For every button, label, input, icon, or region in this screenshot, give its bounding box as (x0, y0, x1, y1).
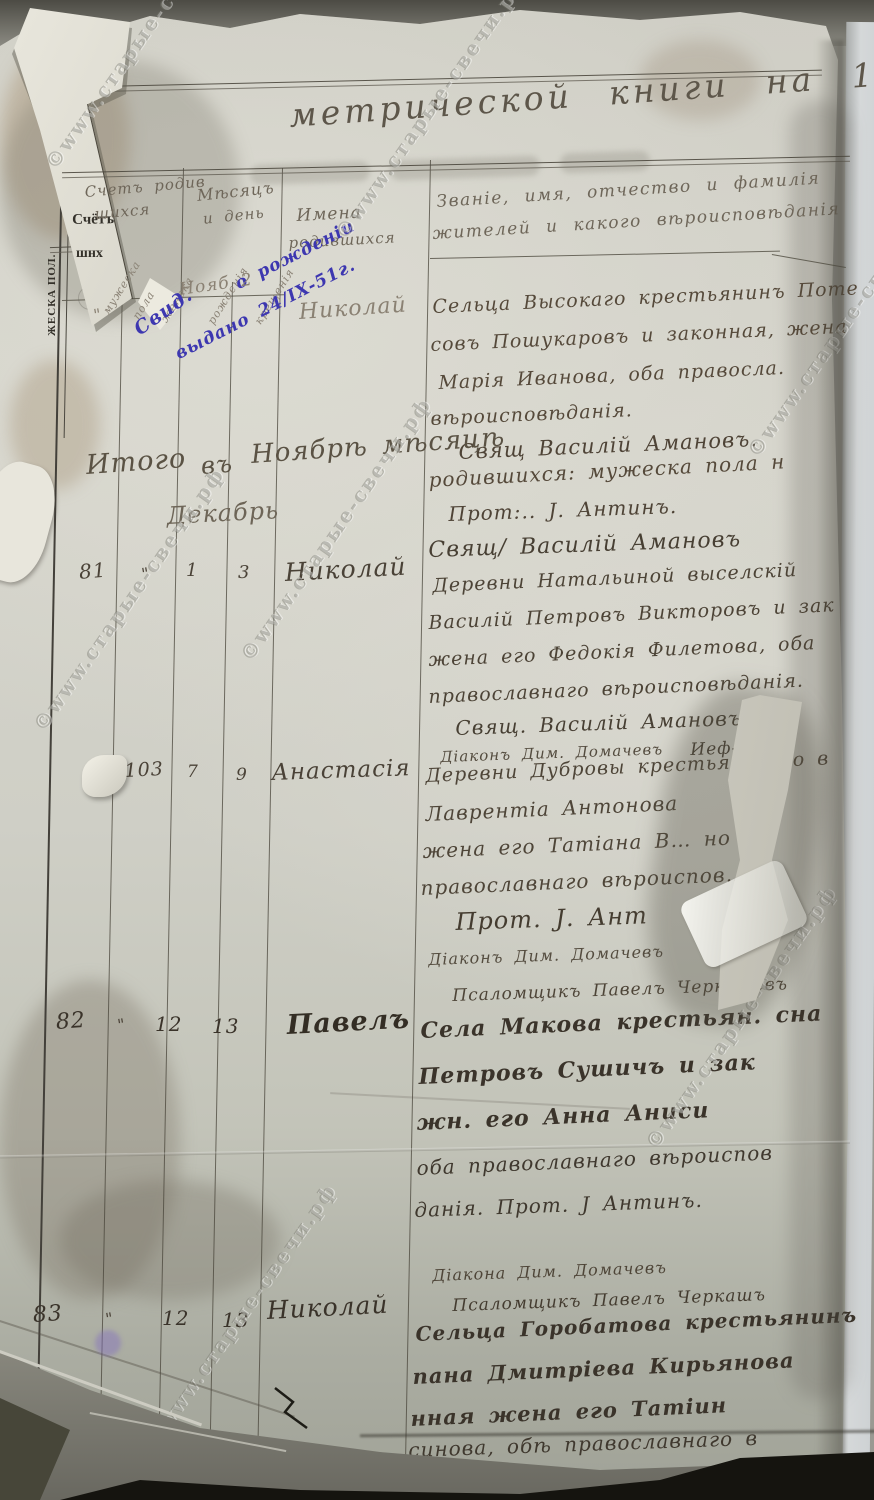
entry-81-born-day: 1 (186, 560, 198, 581)
paper-crack (262, 1382, 322, 1442)
entry-82-born-day: 12 (155, 1012, 182, 1036)
entry-83-born-day: 12 (162, 1306, 189, 1330)
entry-103-name: Анастасія (271, 755, 411, 786)
entry-82-name: Павелъ (286, 1004, 411, 1041)
purple-ink-smudge (95, 1330, 121, 1356)
stub-label-vertical: ЖЕСКА ПОЛ. (46, 254, 58, 336)
entry-103-num: 103 (124, 758, 164, 782)
entry-103-baptized-day: 9 (236, 765, 248, 785)
paper-stain (60, 1180, 280, 1300)
stub-label-bottom: шнх (76, 246, 103, 262)
scanned-metrical-book-page: метрической книги на 19 Счётъ шнх ЖЕСКА … (0, 0, 874, 1500)
entry-103-born-day: 7 (187, 762, 199, 782)
entry-83-num: 83 (32, 1301, 64, 1328)
page-edge-shadow (816, 40, 844, 1460)
entry-82-baptized-day: 13 (212, 1014, 239, 1038)
entry-81-baptized-day: 3 (238, 562, 250, 583)
entry-82-num: 82 (55, 1008, 87, 1035)
entry-81-num: 81 (78, 558, 107, 584)
